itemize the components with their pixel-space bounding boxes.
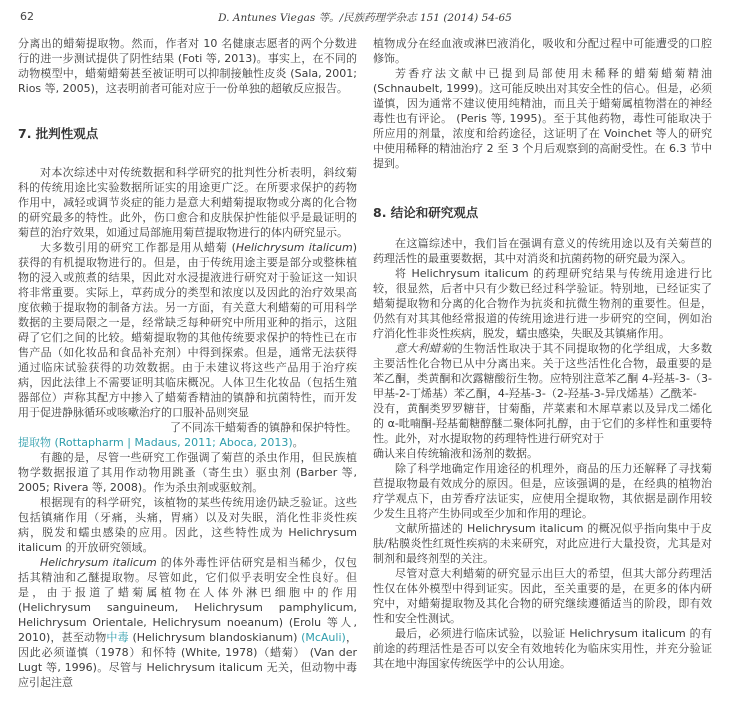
text-run: 。 bbox=[293, 436, 304, 449]
left-intro-paragraphs: 分离出的蜡菊提取物。然而，作者对 10 名健康志愿者的两个分数进行的进一步测试提… bbox=[18, 36, 357, 96]
paragraph: 意大利蜡菊的生物活性取决于其不同提取物的化学组成，大多数主要活性化合物已从中分离… bbox=[373, 341, 712, 401]
citation-link[interactable]: (Rottapharm | Madaus, 2011; Aboca, 2013) bbox=[51, 436, 293, 449]
paragraph: 有趣的是，尽管一些研究工作强调了菊苣的杀虫作用，但民族植物学数据报道了其用作动物… bbox=[18, 450, 357, 495]
section-7-heading: 7. 批判性观点 bbox=[18, 126, 357, 141]
paragraph: 植物成分在经血液或淋巴液消化，吸收和分配过程中可能遭受的口腔修饰。 bbox=[373, 36, 712, 66]
paragraph: Helichrysum italicum 的体外毒性评估研究是相当稀少，仅包括其… bbox=[18, 555, 357, 690]
text-run: 除了科学地确定作用途径的机理外，商品的压力还解释了寻找菊苣提取物最有效成分的原因… bbox=[373, 462, 712, 520]
page-header: 62 D. Antunes Viegas 等。/民族药理学杂志 151 (201… bbox=[18, 10, 712, 28]
paragraph: 除了科学地确定作用途径的机理外，商品的压力还解释了寻找菊苣提取物最有效成分的原因… bbox=[373, 461, 712, 521]
citation-link[interactable]: (McAuli) bbox=[301, 631, 346, 644]
text-run: 确认来自传统输液和汤剂的数据。 bbox=[373, 447, 538, 460]
citation-link[interactable]: 中毒 bbox=[106, 631, 128, 644]
running-head: D. Antunes Viegas 等。/民族药理学杂志 151 (2014) … bbox=[18, 10, 712, 25]
section-7-paragraphs: 对本次综述中对传统数据和科学研究的批判性分析表明，斜纹菊科的传统用途比实验数据所… bbox=[18, 165, 357, 690]
paragraph: 将 Helichrysum italicum 的药理研究结果与传统用途进行比较，… bbox=[373, 266, 712, 341]
text-run: 了不同冻干蜡菊香的镇静和保护特性。 bbox=[170, 421, 357, 434]
paragraph: 分离出的蜡菊提取物。然而，作者对 10 名健康志愿者的两个分数进行的进一步测试提… bbox=[18, 36, 357, 96]
column-left: 分离出的蜡菊提取物。然而，作者对 10 名健康志愿者的两个分数进行的进一步测试提… bbox=[18, 36, 357, 690]
text-run: 根据现有的科学研究，该植物的某些传统用途仍缺乏验证。这些包括镇痛作用（牙痛，头痛… bbox=[18, 496, 357, 554]
text-run: 有趣的是，尽管一些研究工作强调了菊苣的杀虫作用，但民族植物学数据报道了其用作动物… bbox=[18, 451, 357, 494]
document-page: 62 D. Antunes Viegas 等。/民族药理学杂志 151 (201… bbox=[0, 0, 730, 690]
column-right: 植物成分在经血液或淋巴液消化，吸收和分配过程中可能遭受的口腔修饰。芳香疗法文献中… bbox=[373, 36, 712, 690]
text-run: 大多数引用的研究工作都是用从蜡菊 ( bbox=[40, 241, 236, 254]
paragraph: 尽管对意大利蜡菊的研究显示出巨大的希望，但其大部分药理活性仅在体外模型中得到证实… bbox=[373, 566, 712, 626]
right-intro-paragraphs: 植物成分在经血液或淋巴液消化，吸收和分配过程中可能遭受的口腔修饰。芳香疗法文献中… bbox=[373, 36, 712, 171]
text-run: 分离出的蜡菊提取物。然而，作者对 10 名健康志愿者的两个分数进行的进一步测试提… bbox=[18, 37, 357, 95]
text-run: 文献所描述的 Helichrysum italicum 的概况似乎指向集中于皮肤… bbox=[373, 522, 712, 565]
text-run: 将 Helichrysum italicum 的药理研究结果与传统用途进行比较，… bbox=[373, 267, 712, 340]
paragraph: 提取物 (Rottapharm | Madaus, 2011; Aboca, 2… bbox=[18, 435, 357, 450]
text-run: Helichrysum italicum bbox=[236, 241, 353, 254]
paragraph: 对本次综述中对传统数据和科学研究的批判性分析表明，斜纹菊科的传统用途比实验数据所… bbox=[18, 165, 357, 240]
text-run: 植物成分在经血液或淋巴液消化，吸收和分配过程中可能遭受的口腔修饰。 bbox=[373, 37, 712, 65]
paragraph: 文献所描述的 Helichrysum italicum 的概况似乎指向集中于皮肤… bbox=[373, 521, 712, 566]
paragraph: 芳香疗法文献中已提到局部使用未稀释的蜡菊蜡菊精油 (Schnaubelt, 19… bbox=[373, 66, 712, 171]
paragraph: 了不同冻干蜡菊香的镇静和保护特性。 bbox=[18, 420, 357, 435]
text-run: 没有，黄酮类罗罗糖苷，甘菊酯，芹菜素和木犀草素以及异戊二烯化的 α-吡喃酮-羟基… bbox=[373, 402, 712, 445]
paragraph: 大多数引用的研究工作都是用从蜡菊 (Helichrysum italicum) … bbox=[18, 240, 357, 420]
text-run: 在这篇综述中，我们旨在强调有意义的传统用途以及有关菊苣的药理活性的最重要数据，其… bbox=[373, 237, 712, 265]
section-8-heading: 8. 结论和研究观点 bbox=[373, 205, 712, 220]
text-run: 意大利蜡菊 bbox=[395, 342, 452, 355]
paragraph: 在这篇综述中，我们旨在强调有意义的传统用途以及有关菊苣的药理活性的最重要数据，其… bbox=[373, 236, 712, 266]
two-column-body: 分离出的蜡菊提取物。然而，作者对 10 名健康志愿者的两个分数进行的进一步测试提… bbox=[18, 36, 712, 690]
paragraph: 确认来自传统输液和汤剂的数据。 bbox=[373, 446, 712, 461]
text-run: 最后，必须进行临床试验，以验证 Helichrysum italicum 的有前… bbox=[373, 627, 712, 670]
paragraph: 最后，必须进行临床试验，以验证 Helichrysum italicum 的有前… bbox=[373, 626, 712, 671]
text-run: (Helichrysum blandoskianum) bbox=[129, 631, 301, 644]
citation-link[interactable]: 提取物 bbox=[18, 436, 51, 449]
text-run: 芳香疗法文献中已提到局部使用未稀释的蜡菊蜡菊精油 (Schnaubelt, 19… bbox=[373, 67, 712, 170]
text-run: ) 获得的有机提取物进行的。但是，由于传统用途主要是部分或整株植物的浸入或煎煮的… bbox=[18, 241, 357, 419]
paragraph: 根据现有的科学研究，该植物的某些传统用途仍缺乏验证。这些包括镇痛作用（牙痛，头痛… bbox=[18, 495, 357, 555]
text-run: Helichrysum italicum bbox=[40, 556, 157, 569]
text-run: 对本次综述中对传统数据和科学研究的批判性分析表明，斜纹菊科的传统用途比实验数据所… bbox=[18, 166, 357, 239]
text-run: 尽管对意大利蜡菊的研究显示出巨大的希望，但其大部分药理活性仅在体外模型中得到证实… bbox=[373, 567, 712, 625]
paragraph: 没有，黄酮类罗罗糖苷，甘菊酯，芹菜素和木犀草素以及异戊二烯化的 α-吡喃酮-羟基… bbox=[373, 401, 712, 446]
section-8-paragraphs: 在这篇综述中，我们旨在强调有意义的传统用途以及有关菊苣的药理活性的最重要数据，其… bbox=[373, 236, 712, 671]
